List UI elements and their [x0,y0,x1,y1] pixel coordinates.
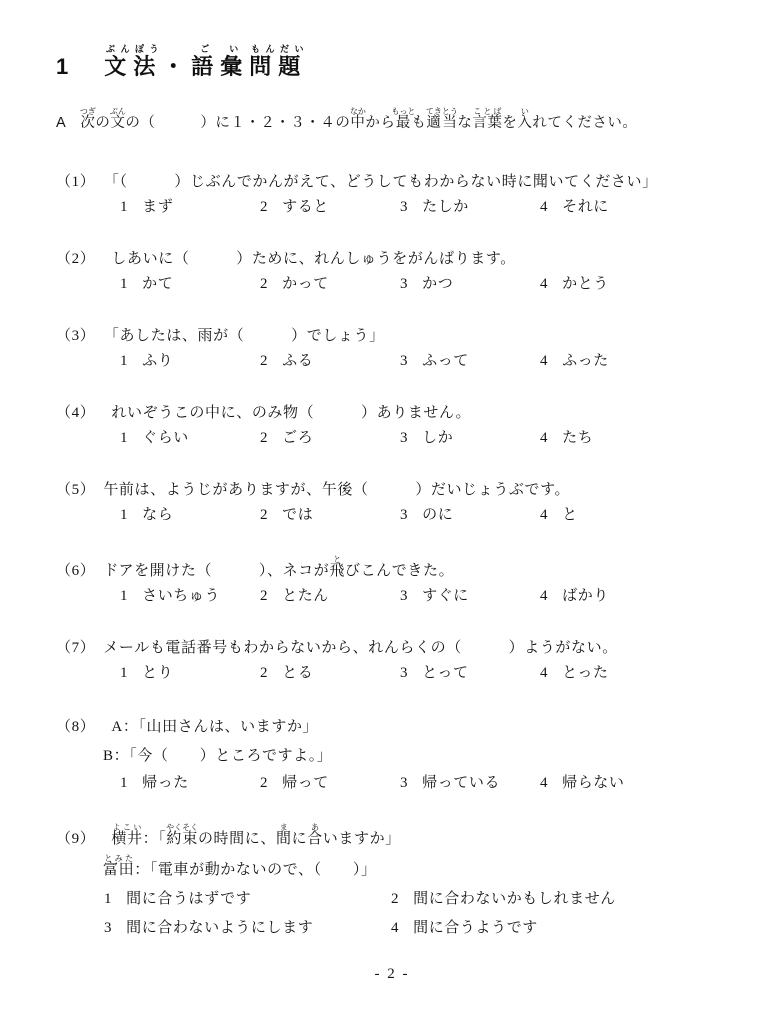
question-9-options: 1間に合うはずです2間に合わないかもしれません3間に合わないようにします4間に合… [56,885,728,943]
option-number: 3 [400,775,408,791]
option-text: かつ [422,276,453,292]
answer-option-1: 1とり [120,661,260,686]
section-a-instruction: A 次つぎの文ぶんの（ ）に１・２・３・４の中なかから最もっとも適当てきとうな言… [56,107,728,136]
answer-option-4: 4ばかり [540,584,680,609]
answer-option-2: 2ふる [260,349,400,374]
option-text: すると [282,199,329,215]
question-5: （5）午前は、ようじがありますが、午後（ ）だいじょうぶです。1なら2では3のに… [56,478,728,528]
question-4-options: 1ぐらい2ごろ3しか4たち [56,426,728,451]
answer-option-3: 3とって [400,661,540,686]
option-text: 間に合うようです [413,920,538,936]
ruby-text: 間ま [276,831,292,847]
option-number: 4 [391,920,399,936]
option-number: 3 [400,353,408,369]
answer-option-1: 1ぐらい [120,426,260,451]
option-text: かとう [562,276,609,292]
ruby-text: 適当てきとう [426,115,457,131]
question-number: （3） [56,328,88,344]
option-number: 3 [400,665,408,681]
question-2: （2） しあいに（ ）ために、れんしゅうをがんばります。1かて2かって3かつ4か… [56,247,728,297]
option-number: 2 [260,588,268,604]
question-5-options: 1なら2では3のに4と [56,503,728,528]
ruby-text: 約束やくそく [166,831,198,847]
ruby-text: 文法ぶんぽう [104,54,162,79]
question-3-stem-line-1: （3） 「あしたは、雨が（ ）でしょう」 [56,324,728,349]
option-number: 2 [260,507,268,523]
option-text: 間に合うはずです [126,891,251,907]
ruby-text: 入い [517,115,532,131]
answer-option-2: 2では [260,503,400,528]
option-number: 1 [120,775,128,791]
option-number: 2 [260,276,268,292]
question-5-stem-line-1: （5）午前は、ようじがありますが、午後（ ）だいじょうぶです。 [56,478,728,503]
ruby-text: 次つぎ [80,115,95,131]
answer-option-3: 3のに [400,503,540,528]
answer-option-2: 2とる [260,661,400,686]
answer-option-1: 1ふり [120,349,260,374]
question-6-options: 1さいちゅう2とたん3すぐに4ばかり [56,584,728,609]
question-4-stem-line-1: （4） れいぞうこの中に、のみ物（ ）ありません。 [56,401,728,426]
option-text: ふって [422,353,469,369]
question-list: （1） 「（ ）じぶんでかんがえて、どうしてもわからない時に聞いてください」1ま… [56,170,728,943]
option-number: 2 [260,775,268,791]
option-number: 1 [120,430,128,446]
ruby-text: 合あ [307,831,323,847]
option-number: 4 [540,199,548,215]
question-9: （9） 横井よこい：「約束やくそくの時間に、間まに合あいますか」富田とみた：「電… [56,823,728,943]
option-number: 1 [104,891,112,907]
answer-option-3: 3ふって [400,349,540,374]
option-text: かって [282,276,329,292]
question-3: （3） 「あしたは、雨が（ ）でしょう」1ふり2ふる3ふって4ふった [56,324,728,374]
option-text: では [282,507,313,523]
option-text: ごろ [282,430,313,446]
ruby-text: 最もっと [395,115,411,131]
option-text: ぐらい [142,430,189,446]
option-text: ふり [142,353,173,369]
question-6-stem-line-1: （6）ドアを開けた（ ）、ネコが飛とびこんできた。 [56,555,728,584]
option-number: 1 [120,665,128,681]
option-number: 1 [120,353,128,369]
question-9-stem-line-1: （9） 横井よこい：「約束やくそくの時間に、間まに合あいますか」 [56,823,728,854]
question-number: （5） [56,482,95,498]
answer-option-1: 1なら [120,503,260,528]
question-1-options: 1まず2すると3たしか4それに [56,195,728,220]
question-number: （2） [56,251,88,267]
option-text: とり [142,665,173,681]
option-text: たち [562,430,593,446]
question-7-stem-line-1: （7）メールも電話番号もわからないから、れんらくの（ ）ようがない。 [56,636,728,661]
option-number: 3 [400,276,408,292]
answer-option-4: 4と [540,503,680,528]
option-text: とった [562,665,609,681]
question-number: （1） [56,174,88,190]
option-number: 1 [120,199,128,215]
ruby-text: 飛と [329,563,345,579]
ruby-text: 文ぶん [110,115,125,131]
option-text: さいちゅう [142,588,220,604]
option-number: 3 [400,430,408,446]
option-text: とる [282,665,313,681]
question-2-options: 1かて2かって3かつ4かとう [56,272,728,297]
answer-option-3: 3すぐに [400,584,540,609]
answer-option-2: 2間に合わないかもしれません [391,885,678,914]
question-7: （7）メールも電話番号もわからないから、れんらくの（ ）ようがない。1とり2とる… [56,636,728,686]
answer-option-4: 4かとう [540,272,680,297]
option-number: 2 [391,891,399,907]
answer-option-1: 1さいちゅう [120,584,260,609]
option-text: とって [422,665,469,681]
option-text: なら [142,507,173,523]
answer-option-4: 4帰らない [540,771,680,796]
option-text: 間に合わないようにします [126,920,313,936]
answer-option-3: 3間に合わないようにします [104,914,391,943]
option-number: 4 [540,353,548,369]
ruby-text: 横井よこい [111,831,142,847]
option-number: 2 [260,665,268,681]
answer-option-1: 1帰った [120,771,260,796]
answer-option-2: 2かって [260,272,400,297]
answer-option-3: 3たしか [400,195,540,220]
answer-option-2: 2すると [260,195,400,220]
option-number: 4 [540,276,548,292]
option-number: 3 [104,920,112,936]
option-text: 帰らない [562,775,624,791]
question-9-stem-line-2: 富田とみた：「電車が動かないので、（ ）」 [56,854,728,885]
question-8: （8） A：「山田さんは、いますか」B：「今（ ）ところですよ。」1帰った2帰っ… [56,713,728,796]
question-number: （6） [56,563,95,579]
option-number: 3 [400,507,408,523]
answer-option-3: 3帰っている [400,771,540,796]
option-number: 2 [260,353,268,369]
option-number: 2 [260,430,268,446]
question-8-options: 1帰った2帰って3帰っている4帰らない [56,771,728,796]
question-8-stem-line-2: B：「今（ ）ところですよ。」 [56,742,728,771]
page-title: 1 文法ぶんぽう・語彙ごい問題もんだい [56,44,728,83]
option-number: 1 [120,276,128,292]
option-text: と [562,507,578,523]
question-2-stem-line-1: （2） しあいに（ ）ために、れんしゅうをがんばります。 [56,247,728,272]
answer-option-1: 1かて [120,272,260,297]
option-text: のに [422,507,453,523]
option-text: すぐに [422,588,469,604]
answer-option-4: 4それに [540,195,680,220]
option-number: 1 [120,507,128,523]
option-number: 3 [400,588,408,604]
ruby-text: 中なか [350,115,365,131]
answer-option-4: 4間に合うようです [391,914,678,943]
option-text: 帰った [142,775,189,791]
answer-option-2: 2ごろ [260,426,400,451]
question-1: （1） 「（ ）じぶんでかんがえて、どうしてもわからない時に聞いてください」1ま… [56,170,728,220]
option-number: 3 [400,199,408,215]
answer-option-4: 4とった [540,661,680,686]
answer-option-1: 1間に合うはずです [104,885,391,914]
option-text: かて [142,276,173,292]
answer-option-3: 3かつ [400,272,540,297]
question-8-stem-line-1: （8） A：「山田さんは、いますか」 [56,713,728,742]
option-text: たしか [422,199,469,215]
answer-option-2: 2帰って [260,771,400,796]
option-text: 帰っている [422,775,500,791]
ruby-text: 問題もんだい [249,54,307,79]
ruby-text: 富田とみた [103,862,134,878]
answer-option-1: 1まず [120,195,260,220]
option-number: 4 [540,507,548,523]
question-number: （8） [56,719,88,735]
question-number: （4） [56,405,88,421]
question-number: （7） [56,640,95,656]
option-text: まず [142,199,173,215]
option-number: 4 [540,588,548,604]
option-text: ばかり [562,588,609,604]
option-text: ふる [282,353,313,369]
question-1-stem-line-1: （1） 「（ ）じぶんでかんがえて、どうしてもわからない時に聞いてください」 [56,170,728,195]
question-3-options: 1ふり2ふる3ふって4ふった [56,349,728,374]
answer-option-2: 2とたん [260,584,400,609]
option-text: しか [422,430,453,446]
option-number: 1 [120,588,128,604]
option-text: ふった [562,353,609,369]
document-page: 1 文法ぶんぽう・語彙ごい問題もんだい A 次つぎの文ぶんの（ ）に１・２・３・… [0,0,768,983]
option-number: 4 [540,430,548,446]
option-text: それに [562,199,609,215]
option-text: とたん [282,588,329,604]
option-number: 2 [260,199,268,215]
option-number: 4 [540,665,548,681]
answer-option-4: 4ふった [540,349,680,374]
page-number: - 2 - [56,966,728,983]
question-7-options: 1とり2とる3とって4とった [56,661,728,686]
ruby-text: 言葉ことば [472,115,502,131]
question-number: （9） [56,831,88,847]
option-text: 間に合わないかもしれません [413,891,616,907]
answer-option-3: 3しか [400,426,540,451]
answer-option-4: 4たち [540,426,680,451]
ruby-text: 語彙ごい [191,54,249,79]
option-text: 帰って [282,775,329,791]
question-4: （4） れいぞうこの中に、のみ物（ ）ありません。1ぐらい2ごろ3しか4たち [56,401,728,451]
option-number: 4 [540,775,548,791]
question-6: （6）ドアを開けた（ ）、ネコが飛とびこんできた。1さいちゅう2とたん3すぐに4… [56,555,728,609]
